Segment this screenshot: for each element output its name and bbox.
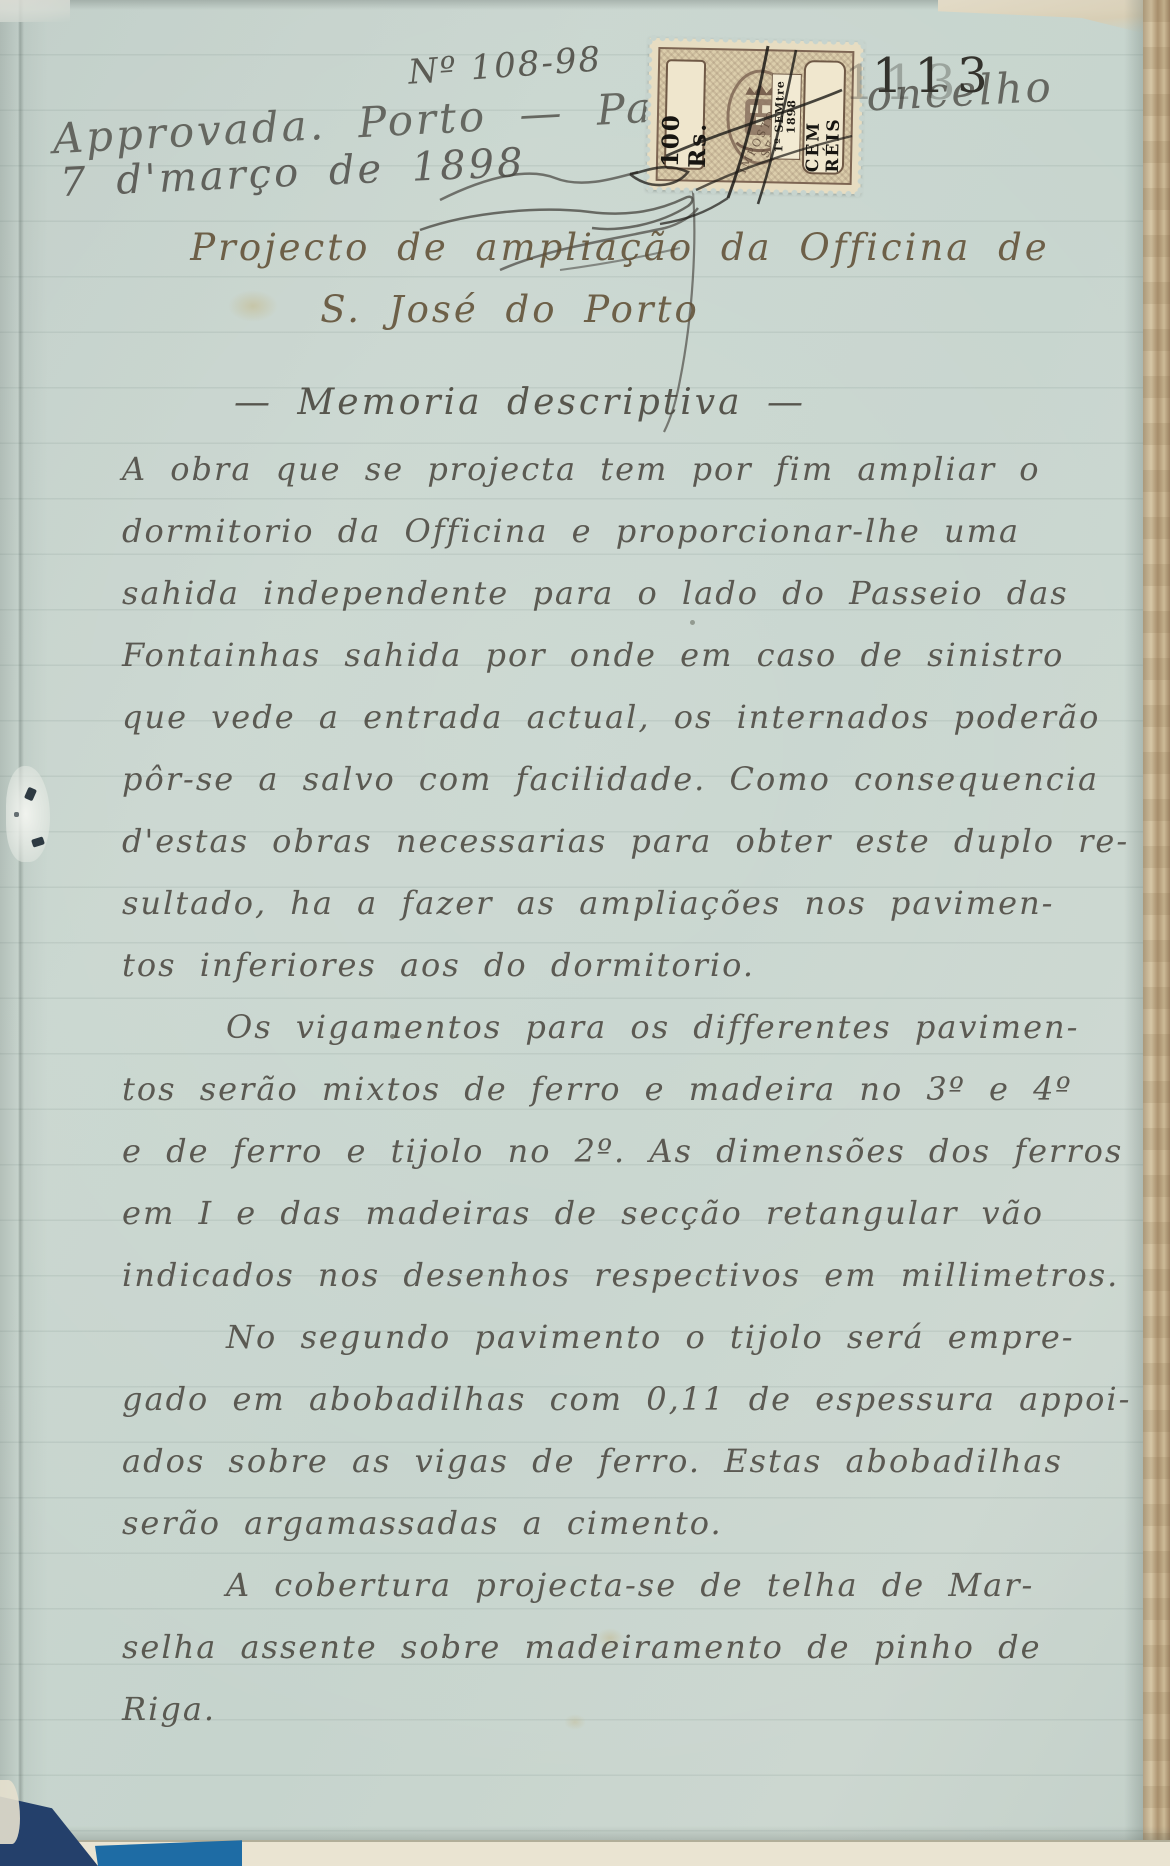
handwritten-line: tos serão mixtos de ferro e madeira no 3…: [122, 1058, 1162, 1120]
handwritten-line: pôr-se a salvo com facilidade. Como cons…: [122, 748, 1162, 810]
handwritten-line: e de ferro e tijolo no 2º. As dimensões …: [122, 1120, 1162, 1182]
handwritten-line: em I e das madeiras de secção retangular…: [122, 1182, 1162, 1244]
document-title-line1: Projecto de ampliação da Officina de: [150, 226, 1090, 269]
handwritten-line: A obra que se projecta tem por fim ampli…: [122, 438, 1162, 500]
tear-speck: [14, 812, 19, 817]
process-number: Nº 108-98: [407, 39, 604, 92]
stamp-perforation: [642, 38, 653, 190]
section-heading: — Memoria descriptiva —: [110, 382, 930, 423]
stamp-perforation: [650, 34, 864, 46]
document-title-line2: S. José do Porto: [120, 288, 900, 331]
page-right-edge-shadow: [1124, 0, 1144, 1866]
stacked-page-edges: [1143, 0, 1170, 1866]
stamp-semester-year: 1º SEMtre 1898: [770, 73, 802, 160]
stamp-value-left: 100 Rs.: [664, 59, 706, 170]
revenue-stamp: 100 Rs. Imposto do Sello 1º SEMtre 1898 …: [646, 38, 863, 194]
handwritten-line: que vede a entrada actual, os internados…: [122, 686, 1162, 748]
page-bottom-edge-shadow: [0, 1826, 1170, 1840]
stamp-value-right: CEM RÉIS: [802, 60, 846, 175]
handwritten-line: selha assente sobre madeiramento de pinh…: [122, 1616, 1162, 1678]
stamp-frame: 100 Rs. Imposto do Sello 1º SEMtre 1898 …: [656, 47, 855, 185]
handwritten-line: indicados nos desenhos respectivos em mi…: [122, 1244, 1162, 1306]
handwritten-line: d'estas obras necessarias para obter est…: [122, 810, 1162, 872]
handwritten-line: sultado, ha a fazer as ampliações nos pa…: [122, 872, 1162, 934]
handwritten-line: sahida independente para o lado do Passe…: [122, 562, 1162, 624]
handwritten-line: A cobertura projecta-se de telha de Mar-: [122, 1554, 1162, 1616]
handwritten-line: serão argamassadas a cimento.: [122, 1492, 1162, 1554]
handwritten-line: dormitorio da Officina e proporcionar-lh…: [122, 500, 1162, 562]
page-number-stamp: 113 113: [872, 48, 1000, 104]
handwritten-line: Os vigamentos para os differentes pavime…: [122, 996, 1162, 1058]
body-text: A obra que se projecta tem por fim ampli…: [122, 438, 1162, 1740]
top-left-page-edge: [0, 0, 70, 22]
page-number-ghost: 113: [844, 55, 966, 111]
handwritten-line: Fontainhas sahida por onde em caso de si…: [122, 624, 1162, 686]
manuscript-page: Nº 108-98 Approvada. Porto — Paço do Con…: [0, 0, 1170, 1866]
handwritten-line: gado em abobadilhas com 0,11 de espessur…: [122, 1368, 1162, 1430]
handwritten-line: Riga.: [122, 1678, 1162, 1740]
handwritten-line: ados sobre as vigas de ferro. Estas abob…: [122, 1430, 1162, 1492]
left-fold-crease: [0, 0, 60, 1866]
handwritten-line: tos inferiores aos do dormitorio.: [122, 934, 1162, 996]
handwritten-line: No segundo pavimento o tijolo será empre…: [122, 1306, 1162, 1368]
